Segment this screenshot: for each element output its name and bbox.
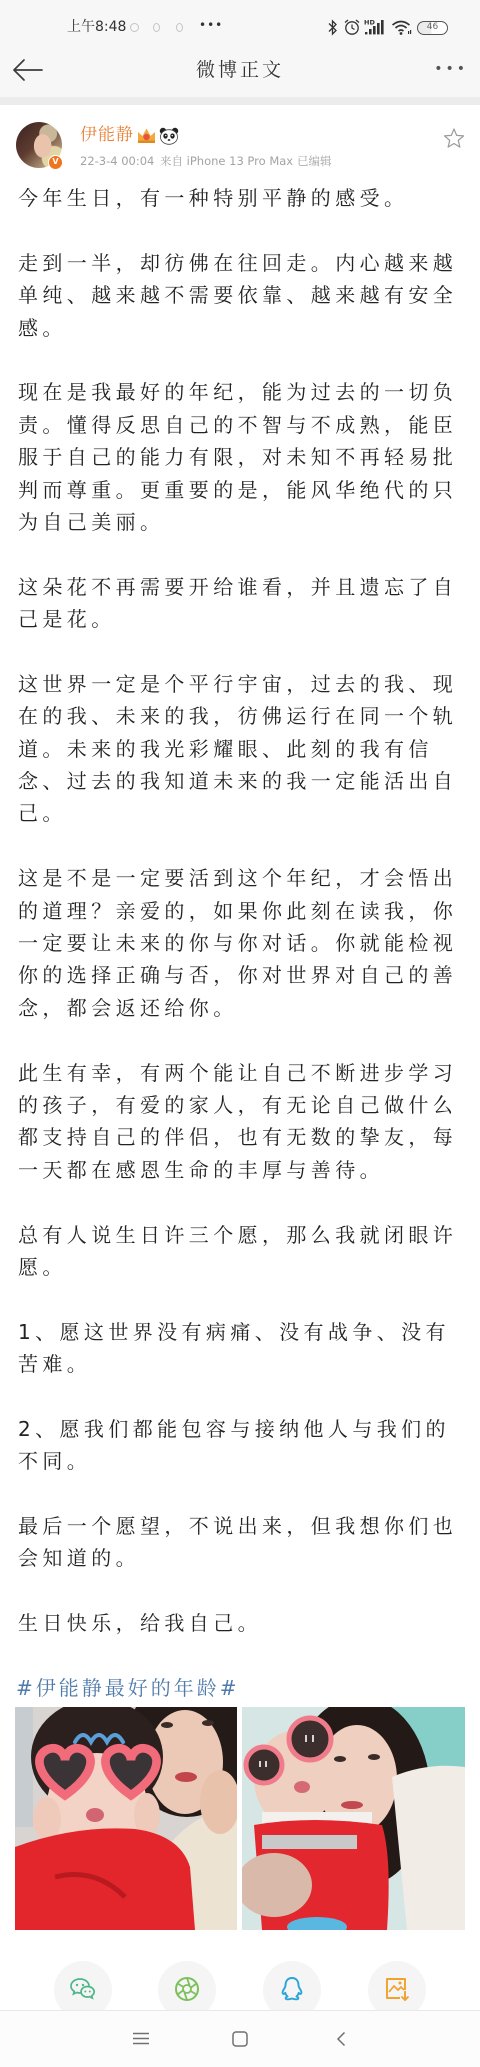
header-divider — [0, 97, 480, 105]
text-line: 的孩子，有爱的家人，有无论自己做什么 — [18, 1089, 468, 1121]
paragraph: 生日快乐，给我自己。 — [18, 1607, 468, 1639]
hd-signal-icon: HD — [364, 18, 385, 36]
status-time: 上午8:48 — [67, 19, 126, 35]
paragraph: 这世界一定是个平行宇宙，过去的我、现 在的我、未来的我，彷佛运行在同一个轨 道。… — [18, 668, 468, 830]
top-app-bar: 微博正文 ••• — [0, 42, 480, 97]
text-line: 苦难。 — [18, 1348, 468, 1380]
paragraph: 此生有幸，有两个能让自己不断进步学习 的孩子，有爱的家人，有无论自己做什么 都支… — [18, 1057, 468, 1187]
text-line: 都支持自己的伴侣，也有无数的挚友，每 — [18, 1121, 468, 1153]
status-bar: 上午8:48 ••• HD 46 — [0, 0, 480, 42]
text-line: 生日快乐，给我自己。 — [18, 1607, 468, 1639]
text-line: 一定要让未来的你与你对话。你就能检视 — [18, 927, 468, 959]
wechat-icon — [70, 1976, 96, 2002]
text-line: 会知道的。 — [18, 1542, 468, 1574]
text-line: 判而尊重。更重要的是，能风华绝代的只 — [18, 474, 468, 506]
text-line: 在的我、未来的我，彷佛运行在同一个轨 — [18, 700, 468, 732]
verified-badge: V — [48, 155, 63, 170]
system-navigation-bar — [0, 2010, 480, 2067]
paragraph: 现在是我最好的年纪，能为过去的一切负 责。懂得反思自己的不智与不成熟，能臣 服于… — [18, 376, 468, 538]
text-line: 单纯、越来越不需要依靠、越来越有安全 — [18, 279, 468, 311]
hashtag-link[interactable]: #伊能静最好的年龄# — [16, 1672, 240, 1705]
text-line: 走到一半，却彷佛在往回走。内心越来越 — [18, 247, 468, 279]
text-line: 己是花。 — [18, 603, 468, 635]
back-chevron-icon[interactable] — [336, 2031, 346, 2047]
paragraph: 总有人说生日许三个愿，那么我就闭眼许 愿。 — [18, 1219, 468, 1284]
paragraph: 走到一半，却彷佛在往回走。内心越来越 单纯、越来越不需要依靠、越来越有安全 感。 — [18, 247, 468, 344]
text-line: 2、愿我们都能包容与接纳他人与我们的 — [18, 1413, 468, 1445]
text-line: 为自己美丽。 — [18, 506, 468, 538]
text-line: 一天都在感恩生命的丰厚与善待。 — [18, 1154, 468, 1186]
text-line: 1、愿这世界没有病痛、没有战争、没有 — [18, 1316, 468, 1348]
text-line: 不同。 — [18, 1445, 468, 1477]
app-notification-icon — [130, 23, 139, 32]
paragraph: 最后一个愿望，不说出来，但我想你们也 会知道的。 — [18, 1510, 468, 1575]
post-time: 22-3-4 00:04 — [80, 154, 154, 168]
text-line: 服于自己的能力有限，对未知不再轻易批 — [18, 441, 468, 473]
text-line: 你的选择正确与否，你对世界对自己的善 — [18, 959, 468, 991]
edited-label[interactable]: 已编辑 — [297, 154, 332, 168]
text-line: 道。未来的我光彩耀眼、此刻的我有信 — [18, 733, 468, 765]
text-line: 总有人说生日许三个愿，那么我就闭眼许 — [18, 1219, 468, 1251]
moments-icon — [174, 1976, 200, 2002]
text-line: 己。 — [18, 797, 468, 829]
paragraph: 2、愿我们都能包容与接纳他人与我们的 不同。 — [18, 1413, 468, 1478]
post-body: 今年生日，有一种特别平静的感受。 走到一半，却彷佛在往回走。内心越来越 单纯、越… — [18, 182, 468, 1672]
post-image-1[interactable] — [15, 1707, 237, 1930]
app-notification-icon — [153, 23, 160, 32]
bluetooth-icon — [327, 19, 338, 36]
text-line: 这朵花不再需要开给谁看，并且遗忘了自 — [18, 571, 468, 603]
vip-crown-icon[interactable] — [136, 127, 157, 145]
wifi-icon — [391, 19, 413, 36]
paragraph: 这是不是一定要活到这个年纪，才会悟出 的道理？亲爱的，如果你此刻在读我，你 一定… — [18, 862, 468, 1024]
more-notifications-icon: ••• — [199, 17, 223, 33]
qq-icon — [279, 1976, 305, 2002]
home-square-icon[interactable] — [232, 2031, 248, 2047]
text-line: 念，都会返还给你。 — [18, 992, 468, 1024]
paragraph: 今年生日，有一种特别平静的感受。 — [18, 182, 468, 214]
paragraph: 1、愿这世界没有病痛、没有战争、没有 苦难。 — [18, 1316, 468, 1381]
text-line: 现在是我最好的年纪，能为过去的一切负 — [18, 376, 468, 408]
text-line: 今年生日，有一种特别平静的感受。 — [18, 182, 468, 214]
battery-icon: 46 — [417, 21, 448, 35]
page-title: 微博正文 — [0, 59, 480, 81]
save-image-icon — [384, 1976, 410, 2002]
alarm-icon — [343, 18, 361, 36]
text-line: 念、过去的我知道未来的我一定能活出自 — [18, 765, 468, 797]
author-name[interactable]: 伊能静 — [80, 125, 134, 145]
paragraph: 这朵花不再需要开给谁看，并且遗忘了自 己是花。 — [18, 571, 468, 636]
star-outline-icon[interactable] — [443, 128, 465, 149]
menu-icon[interactable] — [132, 2032, 150, 2045]
text-line: 感。 — [18, 312, 468, 344]
text-line: 这世界一定是个平行宇宙，过去的我、现 — [18, 668, 468, 700]
more-options-button[interactable]: ••• — [434, 59, 468, 79]
post-image-2[interactable] — [242, 1707, 465, 1930]
text-line: 此生有幸，有两个能让自己不断进步学习 — [18, 1057, 468, 1089]
text-line: 的道理？亲爱的，如果你此刻在读我，你 — [18, 895, 468, 927]
text-line: 责。懂得反思自己的不智与不成熟，能臣 — [18, 409, 468, 441]
text-line: 这是不是一定要活到这个年纪，才会悟出 — [18, 862, 468, 894]
text-line: 愿。 — [18, 1251, 468, 1283]
app-notification-icon — [176, 23, 183, 32]
panda-icon — [159, 127, 179, 145]
text-line: 最后一个愿望，不说出来，但我想你们也 — [18, 1510, 468, 1542]
svg-text:HD: HD — [364, 19, 375, 27]
post-source: 来自 iPhone 13 Pro Max — [160, 154, 293, 168]
